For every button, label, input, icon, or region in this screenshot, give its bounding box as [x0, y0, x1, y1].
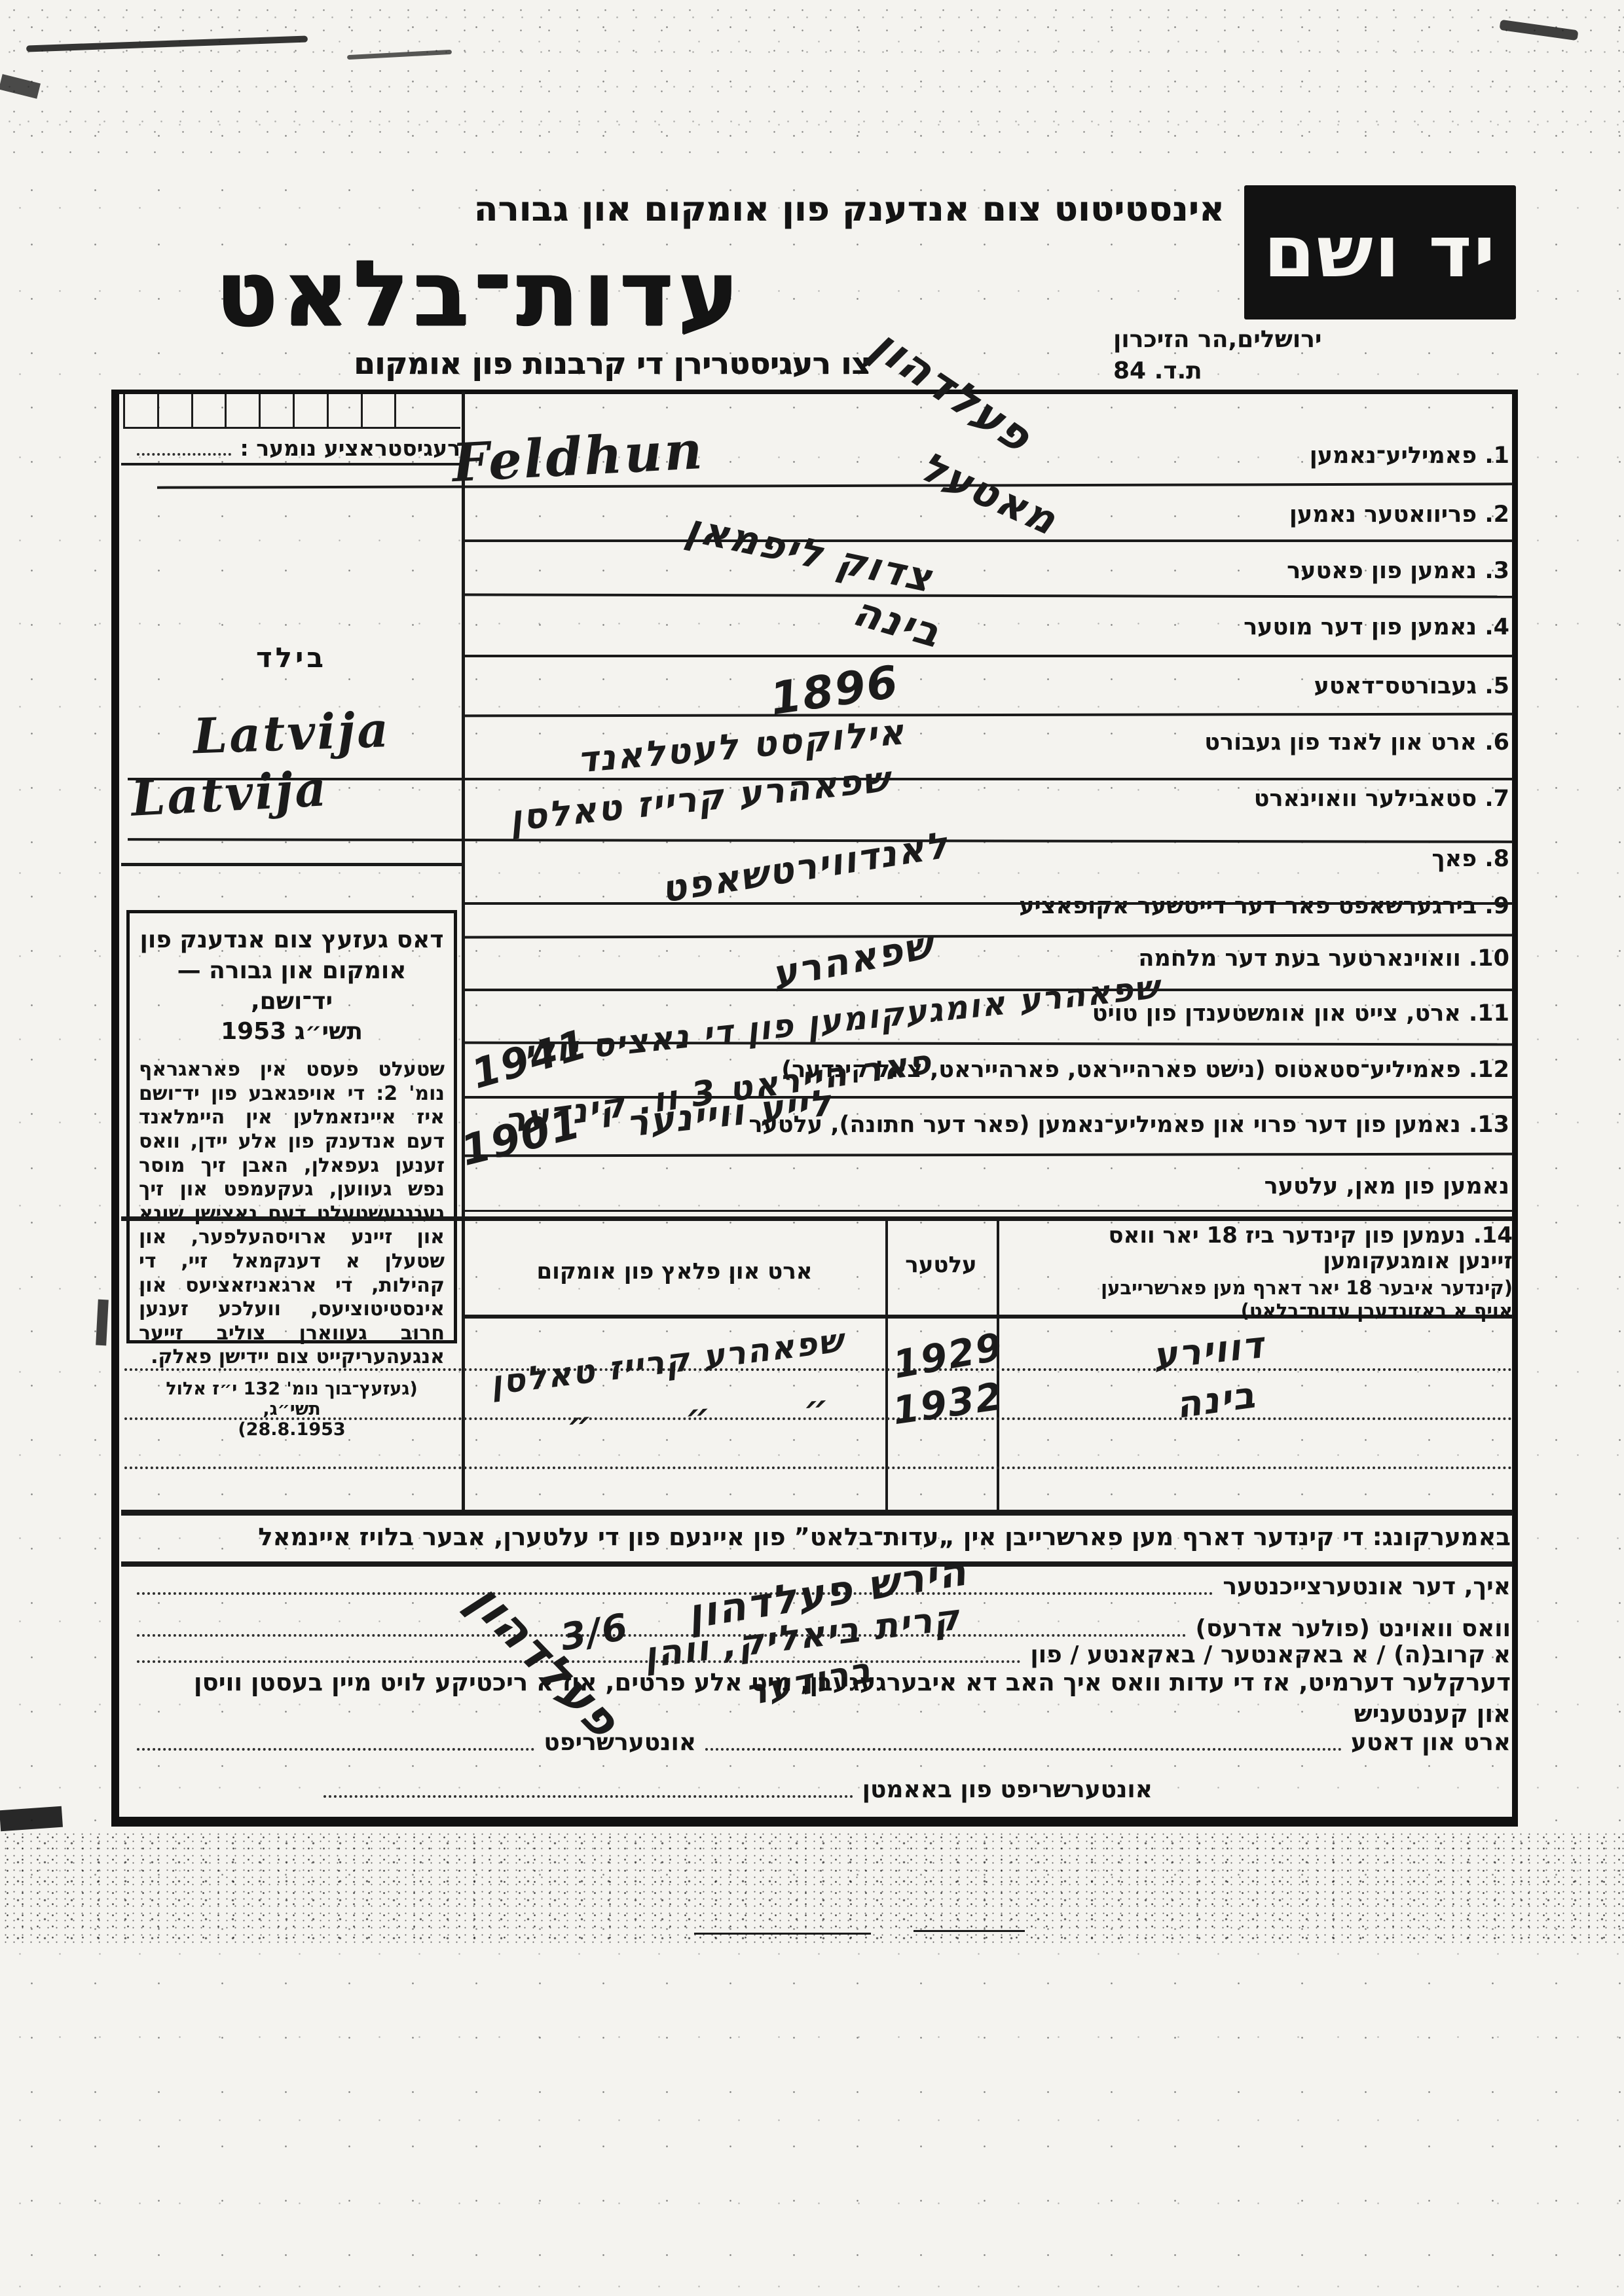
field-label-citizenship: 9. בירגערשאפט פאר דער דייטשער אקופאציע [471, 893, 1509, 919]
handwriting-family-name-latin: Feldhun [451, 419, 706, 494]
handwriting-residence-country-latin: Latvija [130, 761, 329, 828]
registration-number-line[interactable] [137, 443, 231, 456]
photo-box-bottom-line [121, 863, 462, 866]
registration-number-label: רעגיסטראציע נומער : [240, 435, 460, 461]
table-row-line[interactable] [124, 1467, 1513, 1469]
table-header-age: עלטער [885, 1252, 997, 1278]
logo-address-line2: ת.ד. 84 [1113, 357, 1435, 384]
place-date-label: ארט און דאטע [1351, 1729, 1511, 1756]
official-signature-row: אונטערשריפט פון באאמטן [314, 1773, 1153, 1803]
place-date-line[interactable] [705, 1738, 1342, 1751]
field-label-father-name: 3. נאמען פון פאטער [471, 558, 1509, 584]
registration-cell [327, 394, 361, 427]
scan-line-fragment [913, 1930, 1025, 1932]
registration-cell [293, 394, 327, 427]
signature-row: ארט און דאטע אונטערשריפט [128, 1726, 1511, 1756]
field-line[interactable] [462, 902, 1513, 905]
table-bottom-border [121, 1510, 1513, 1516]
registration-separator [121, 463, 462, 465]
field-label-birth-date: 5. געבורטס־דאטע [471, 673, 1509, 699]
table-header-children: 14. נעמען פון קינדער ביז 18 יאר וואס זיי… [1002, 1223, 1513, 1322]
law-title-line1: דאס געזעץ צום אנדענק פון [139, 925, 445, 956]
registration-cell [123, 394, 157, 427]
field-label-husband-name: נאמען פון מאן, עלטער [471, 1173, 1509, 1199]
undersigned-line[interactable] [137, 1582, 1213, 1595]
table-header-place: ארט און פלאץ פון אומקום [465, 1258, 884, 1285]
signature-line[interactable] [137, 1738, 534, 1751]
scan-noise-bottom [0, 1832, 1624, 1944]
field-line[interactable] [462, 655, 1513, 657]
registration-cell [361, 394, 395, 427]
registration-number-cells [123, 394, 460, 429]
handwriting-birth-country-latin: Latvija [193, 702, 392, 765]
table-header-children-line1: 14. נעמען פון קינדער ביז 18 יאר וואס [1002, 1223, 1513, 1248]
scan-line-fragment [694, 1933, 871, 1935]
remark-bottom-border [121, 1561, 1513, 1567]
column-divider [462, 392, 465, 1512]
signature-label: אונטערשריפט [544, 1729, 696, 1756]
scan-blob [0, 1806, 63, 1832]
table-header-children-line4: אויף א באזונדערן עדות־בלאט) [1002, 1300, 1513, 1322]
field-label-war-residence: 10. וואוינארטער בעת דער מלחמה [471, 945, 1509, 972]
law-body-text: שטעלט פעסט אין פאראגראף נומ' 2: די אויפג… [139, 1058, 445, 1370]
table-top-border [121, 1216, 1513, 1221]
statement-line1: דערקלער דערמיט, אז די עדות וואס איך האב … [128, 1668, 1511, 1696]
registration-cell [191, 394, 225, 427]
official-signature-line[interactable] [323, 1785, 853, 1798]
page-title: עדות־בלאט [216, 241, 744, 346]
law-footnote-line1: (געזעץ־בוך נומ' 132 י״ז אלול תשי״ג, [139, 1379, 445, 1419]
statement-line2: און קענטעניש [128, 1700, 1511, 1728]
law-title-line2: אומקום און גבורה — יד־ושם, [139, 956, 445, 1017]
undersigned-label: איך, דער אונטערצייכנטער [1223, 1573, 1511, 1600]
yad-vashem-logo: יד ושם [1244, 185, 1516, 319]
official-signature-label: אונטערשריפט פון באאמטן [862, 1776, 1153, 1803]
page-subtitle: צו רעגיסטרירן די קרבנות פון אומקום [216, 346, 871, 381]
field-line[interactable] [462, 1210, 1513, 1212]
field-label-mother-name: 4. נאמען פון דער מוטער [471, 614, 1509, 640]
table-header-children-line2: זיינען אומגעקומען [1002, 1248, 1513, 1274]
law-text-box: דאס געזעץ צום אנדענק פון אומקום און גבור… [126, 910, 457, 1343]
institute-name: אינסטיטוט צום אנדענק פון אומקום און גבור… [216, 190, 1225, 229]
scan-blob [96, 1300, 109, 1346]
field-line[interactable] [462, 539, 1513, 542]
logo-address-line1: ירושלים,הר הזיכרון [1113, 326, 1435, 353]
relation-label: א קרוב(ה) / א באקאנטער / באקאנטע / פון [1030, 1641, 1511, 1668]
registration-cell [428, 394, 460, 427]
law-footnote-line2: (28.8.1953 [139, 1419, 445, 1440]
registration-cell [157, 394, 191, 427]
field-label-profession: 8. פאך [471, 846, 1509, 872]
registration-cell [225, 394, 259, 427]
photo-placeholder: בילד [121, 642, 462, 674]
registration-cell [394, 394, 428, 427]
yad-vashem-logo-text: יד ושם [1263, 211, 1496, 293]
registration-number-row: רעגיסטראציע נומער : [128, 429, 460, 461]
scanned-testimony-page: אינסטיטוט צום אנדענק פון אומקום און גבור… [0, 0, 1624, 2296]
registration-cell [259, 394, 293, 427]
law-title-line3: תשי״ג 1953 [139, 1017, 445, 1048]
table-row-line[interactable] [124, 1368, 1513, 1371]
remark-text: באמערקונג: די קינדער דארף מען פארשרייבן … [128, 1523, 1511, 1551]
table-header-children-line3: (קינדער איבער 18 יאר דארף מען פארשרייבען [1002, 1277, 1513, 1300]
scan-noise-top [0, 0, 1624, 154]
